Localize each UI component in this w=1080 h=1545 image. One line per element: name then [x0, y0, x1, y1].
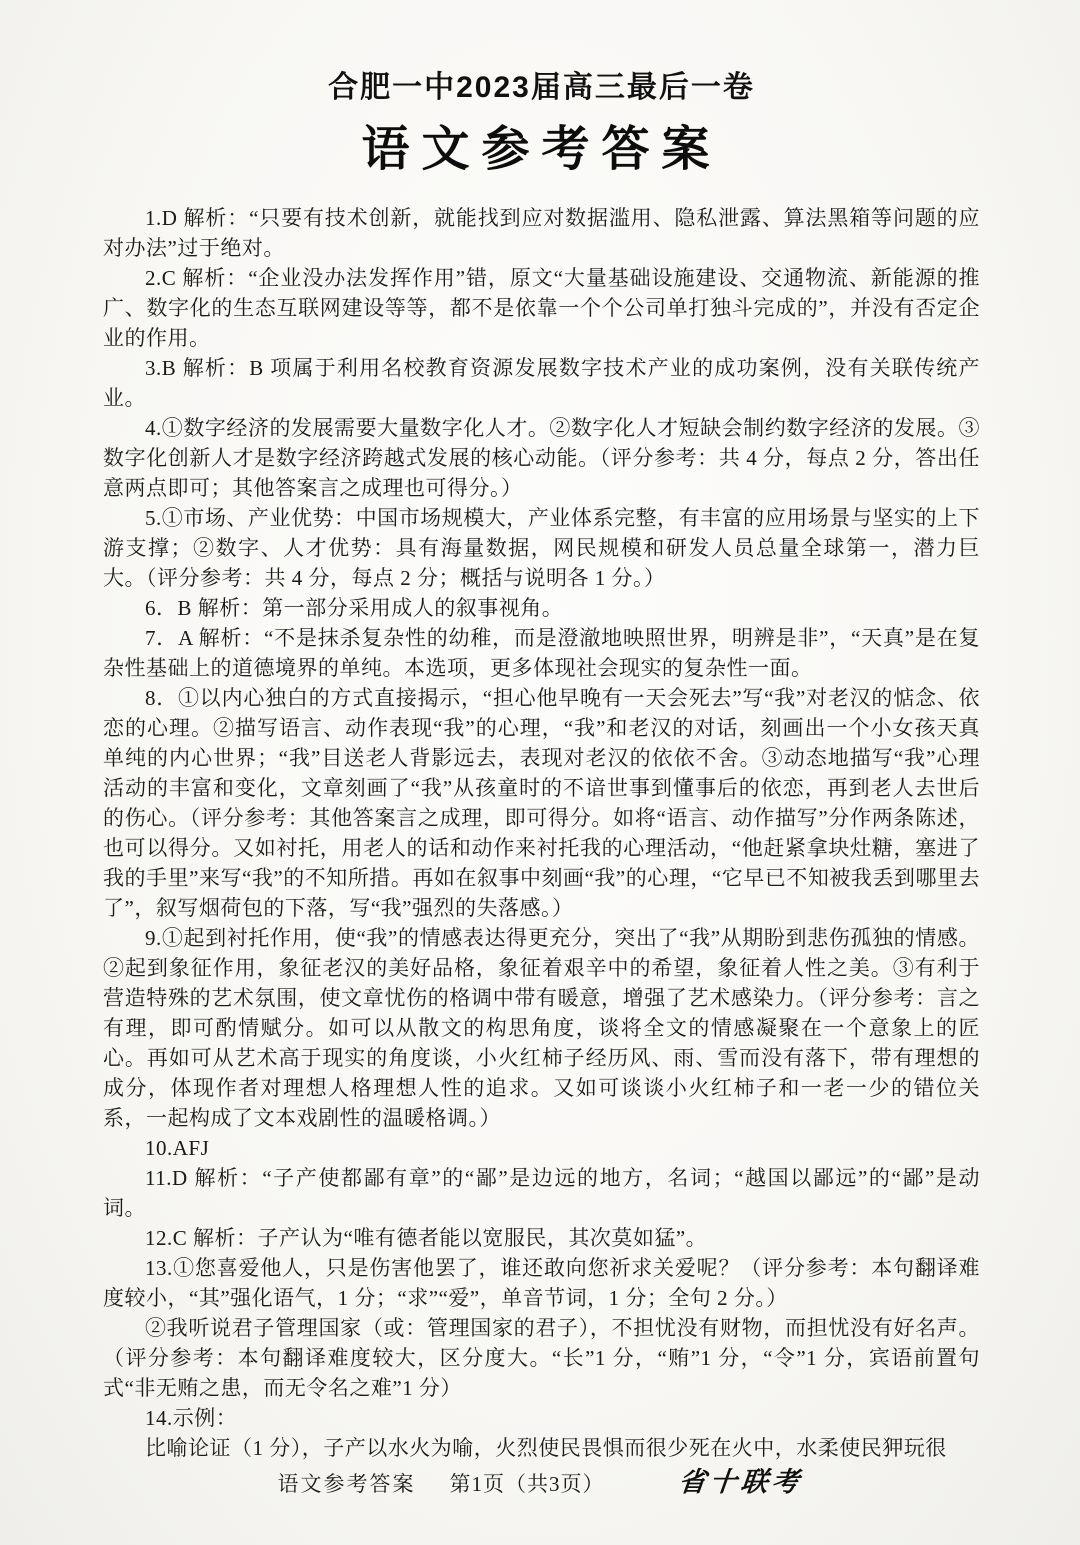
answer-paragraph-q12: 12.C 解析：子产认为“唯有德者能以宽服民，其次莫如猛”。	[103, 1223, 980, 1253]
answer-sheet-title: 语文参考答案	[103, 110, 980, 179]
answer-paragraph-q13-1: 13.①您喜爱他人，只是伤害他罢了，谁还敢向您祈求关爱呢？（评分参考：本句翻译难…	[103, 1253, 980, 1313]
answer-paragraph-q4: 4.①数字经济的发展需要大量数字化人才。②数字化人才短缺会制约数字经济的发展。③…	[103, 413, 980, 503]
answer-paragraph-q14-label: 14.示例：	[103, 1403, 980, 1433]
document-page: 合肥一中2023届高三最后一卷 语文参考答案 1.D 解析：“只要有技术创新，就…	[0, 0, 1080, 1545]
footer-brand-seal: 省十联考	[676, 1460, 804, 1499]
answer-paragraph-q1: 1.D 解析：“只要有技术创新，就能找到应对数据滥用、隐私泄露、算法黑箱等问题的…	[103, 203, 980, 263]
answer-paragraph-q6: 6．B 解析：第一部分采用成人的叙事视角。	[103, 593, 980, 623]
answer-paragraph-q8: 8．①以内心独白的方式直接揭示，“担心他早晚有一天会死去”写“我”对老汉的惦念、…	[103, 683, 980, 923]
answer-paragraph-q14-body: 比喻论证（1 分），子产以水火为喻，火烈使民畏惧而很少死在火中，水柔使民狎玩很	[103, 1433, 980, 1463]
answers-body: 1.D 解析：“只要有技术创新，就能找到应对数据滥用、隐私泄露、算法黑箱等问题的…	[103, 203, 980, 1463]
footer-doc-title: 语文参考答案	[278, 1468, 416, 1498]
page-footer: 语文参考答案 第1页（共3页） 省十联考	[0, 1460, 1080, 1499]
answer-paragraph-q9: 9.①起到衬托作用，使“我”的情感表达得更充分，突出了“我”从期盼到悲伤孤独的情…	[103, 923, 980, 1133]
answer-paragraph-q2: 2.C 解析：“企业没办法发挥作用”错，原文“大量基础设施建设、交通物流、新能源…	[103, 263, 980, 353]
answer-paragraph-q7: 7．A 解析：“不是抹杀复杂性的幼稚，而是澄澈地映照世界，明辨是非”，“天真”是…	[103, 623, 980, 683]
answer-paragraph-q13-2: ②我听说君子管理国家（或：管理国家的君子），不担忧没有财物，而担忧没有好名声。（…	[103, 1313, 980, 1403]
exam-title: 合肥一中2023届高三最后一卷	[103, 62, 980, 106]
answer-paragraph-q3: 3.B 解析：B 项属于利用名校教育资源发展数字技术产业的成功案例，没有关联传统…	[103, 353, 980, 413]
answer-paragraph-q5: 5.①市场、产业优势：中国市场规模大，产业体系完整，有丰富的应用场景与坚实的上下…	[103, 503, 980, 593]
answer-paragraph-q11: 11.D 解析：“子产使都鄙有章”的“鄙”是边远的地方，名词；“越国以鄙远”的“…	[103, 1163, 980, 1223]
answer-paragraph-q10: 10.AFJ	[103, 1133, 980, 1163]
footer-page-number: 第1页（共3页）	[450, 1468, 605, 1498]
